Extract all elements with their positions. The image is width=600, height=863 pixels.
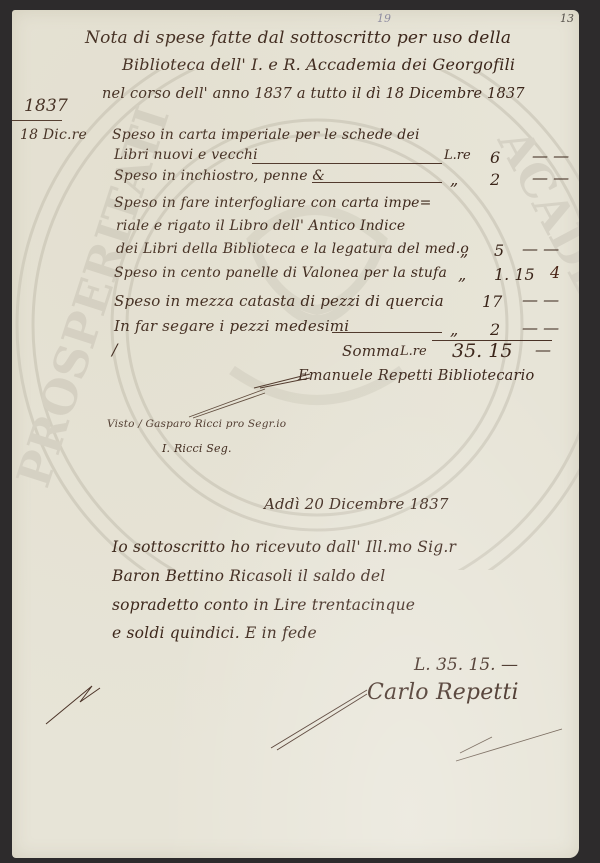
- heading-line-2: Biblioteca dell' I. e R. Accademia dei G…: [122, 55, 515, 74]
- receipt-signature: Carlo Repetti: [367, 680, 519, 705]
- entry-4-currency: „: [458, 265, 466, 284]
- entry-2-amount: 2: [490, 170, 500, 189]
- entry-5-amount: 17: [482, 292, 502, 311]
- entry-6-line-1: In far segare i pezzi medesimi: [114, 317, 349, 335]
- entry-2-suffix: — —: [532, 168, 569, 187]
- entry-1-currency: L.re: [444, 148, 471, 163]
- total-amount: 35. 15: [452, 340, 512, 362]
- entry-5-suffix: — —: [522, 290, 559, 309]
- total-currency: L.re: [400, 344, 427, 359]
- entry-3-line-1: Speso in fare interfogliare con carta im…: [114, 195, 432, 211]
- entry-3-suffix: — —: [522, 239, 559, 258]
- heading-line-1: Nota di spese fatte dal sottoscritto per…: [85, 28, 511, 48]
- leader-line: [312, 182, 442, 183]
- entry-6-currency: „: [450, 320, 458, 339]
- entry-1-suffix: — —: [532, 146, 569, 165]
- receipt-line-1: Io sottoscritto ho ricevuto dall' Ill.mo…: [112, 538, 456, 556]
- entry-2-currency: „: [450, 170, 458, 189]
- receipt-amount: L. 35. 15. —: [414, 655, 518, 675]
- approval-flourish: [187, 385, 267, 420]
- receipt-line-4: e soldi quindici. E in fede: [112, 624, 317, 642]
- librarian-signature: Emanuele Repetti Bibliotecario: [298, 368, 534, 384]
- margin-year: 1837: [24, 96, 68, 116]
- entry-4-line-1: Speso in cento panelle di Valonea per la…: [114, 265, 447, 281]
- margin-rule: [12, 120, 62, 121]
- receipt-date: Addì 20 Dicembre 1837: [264, 495, 449, 513]
- left-flourish: [42, 678, 102, 728]
- entry-3-amount: 5: [494, 241, 504, 260]
- receipt-line-2: Baron Bettino Ricasoli il saldo del: [112, 567, 385, 585]
- stray-mark: /: [112, 340, 118, 359]
- entry-4-suffix: 4: [550, 263, 560, 282]
- entry-2-line-1: Speso in inchiostro, penne &: [114, 168, 325, 184]
- entry-1-line-1: Speso in carta imperiale per le schede d…: [112, 127, 420, 143]
- receipt-line-3: sopradetto conto in Lire trentacinque: [112, 596, 415, 614]
- entry-3-line-2: riale e rigato il Libro dell' Antico Ind…: [116, 218, 405, 234]
- entry-3-currency: „: [460, 241, 468, 260]
- entry-4-amount: 1. 15: [494, 265, 535, 284]
- entry-1-line-2: Libri nuovi e vecchi: [114, 147, 258, 163]
- approval-line-1: Visto / Gasparo Ricci pro Segr.io: [107, 418, 286, 430]
- entry-3-line-3: dei Libri della Biblioteca e la legatura…: [116, 241, 469, 257]
- entry-1-amount: 6: [490, 148, 500, 167]
- total-label: Somma: [342, 342, 400, 360]
- entry-6-suffix: — —: [522, 318, 559, 337]
- signature-tail: [452, 725, 572, 765]
- document-page: PROSPERITATI ACADEMIA 19 13 Nota di spes…: [12, 10, 579, 858]
- pencil-page-number: 19: [377, 12, 391, 25]
- total-suffix: —: [535, 340, 551, 359]
- signature-flourish: [267, 682, 377, 752]
- entry-5-line-1: Speso in mezza catasta di pezzi di querc…: [114, 292, 444, 310]
- heading-line-3: nel corso dell' anno 1837 a tutto il dì …: [102, 86, 525, 102]
- margin-day: 18 Dic.re: [20, 127, 87, 143]
- entry-6-amount: 2: [490, 320, 500, 339]
- leader-line: [332, 332, 442, 333]
- ink-page-number: 13: [560, 12, 574, 25]
- leader-line: [252, 163, 442, 164]
- approval-line-2: I. Ricci Seg.: [162, 442, 232, 455]
